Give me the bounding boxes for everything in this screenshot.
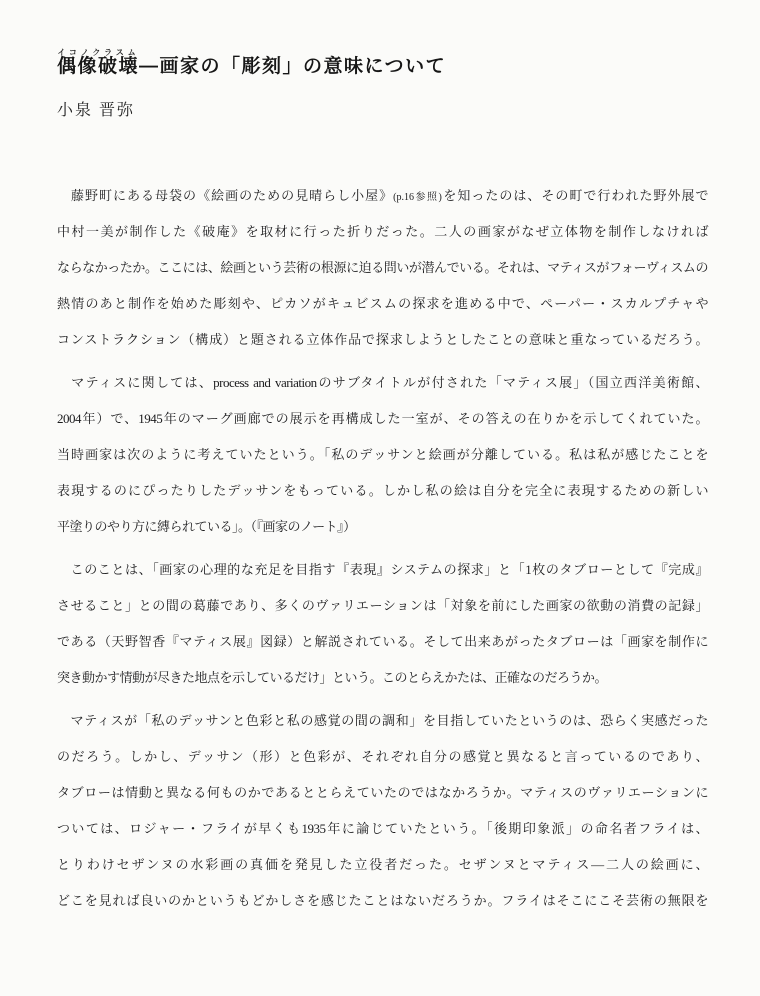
text-segment: のだろう。しかし、デッサン（形）と色彩が、それぞれ自分の感覚と異なると言っている… <box>57 749 708 764</box>
text-line: 表現するのにぴったりしたデッサンをもっている。しかし私の絵は自分を完全に表現する… <box>57 473 708 509</box>
text-line: どこを見れば良いのかというもどかしさを感じたことはないだろうか。フライはそこにこ… <box>57 883 708 919</box>
article-body: 藤野町にある母袋の《絵画のための見晴らし小屋》(p.16参照)を知ったのは、その… <box>57 178 708 919</box>
text-line: させること」との間の葛藤であり、多くのヴァリエーションは「対象を前にした画家の欲… <box>57 588 708 624</box>
text-segment: マティスに関しては、process and variationのサブタイトルが付… <box>57 375 708 390</box>
paragraph: マティスに関しては、process and variationのサブタイトルが付… <box>57 365 708 545</box>
text-line: 平塗りのやり方に縛られている」。（『画家のノート』） <box>57 509 708 545</box>
text-line: とりわけセザンヌの水彩画の真価を発見した立役者だった。セザンヌとマティス―二人の… <box>57 847 708 883</box>
text-line: マティスに関しては、process and variationのサブタイトルが付… <box>57 365 708 401</box>
text-line: 2004年）で、1945年のマーグ画廊での展示を再構成した一室が、その答えの在り… <box>57 401 708 437</box>
text-segment: 表現するのにぴったりしたデッサンをもっている。しかし私の絵は自分を完全に表現する… <box>57 483 708 498</box>
paragraph: 藤野町にある母袋の《絵画のための見晴らし小屋》(p.16参照)を知ったのは、その… <box>57 178 708 358</box>
text-line: 藤野町にある母袋の《絵画のための見晴らし小屋》(p.16参照)を知ったのは、その… <box>57 178 708 214</box>
title-ruby: 偶像破壊イコノクラスム <box>57 56 139 77</box>
text-segment: ついては、ロジャー・フライが早くも1935年に論じていたという。「後期印象派」の… <box>57 821 708 836</box>
text-segment: コンストラクション（構成）と題される立体作品で探求しようとしたことの意味と重なっ… <box>57 332 708 347</box>
text-line: 当時画家は次のように考えていたという。「私のデッサンと絵画が分離している。私は私… <box>57 437 708 473</box>
text-line: 熱情のあと制作を始めた彫刻や、ピカソがキュビスムの探求を進める中で、ペーパー・ス… <box>57 286 708 322</box>
text-segment: である（天野智香『マティス展』図録）と解説されている。そして出来あがったタブロー… <box>57 634 708 649</box>
text-line: コンストラクション（構成）と題される立体作品で探求しようとしたことの意味と重なっ… <box>57 322 708 358</box>
text-line: 突き動かす情動が尽きた地点を示しているだけ」という。このとらえかたは、正確なのだ… <box>57 660 708 696</box>
text-line: このことは、「画家の心理的な充足を目指す『表現』システムの探求」と「1枚のタブロ… <box>57 552 708 588</box>
title-ruby-base: 偶像破壊 <box>57 56 139 77</box>
text-line: である（天野智香『マティス展』図録）と解説されている。そして出来あがったタブロー… <box>57 624 708 660</box>
text-line: ならなかったか。ここには、絵画という芸術の根源に迫る問いが潜んでいる。それは、マ… <box>57 250 708 286</box>
text-segment: このことは、「画家の心理的な充足を目指す『表現』システムの探求」と「1枚のタブロ… <box>57 562 708 577</box>
text-line: マティスが「私のデッサンと色彩と私の感覚の間の調和」を目指していたというのは、恐… <box>57 703 708 739</box>
text-segment: 当時画家は次のように考えていたという。「私のデッサンと絵画が分離している。私は私… <box>57 447 708 462</box>
text-segment: とりわけセザンヌの水彩画の真価を発見した立役者だった。セザンヌとマティス―二人の… <box>57 857 708 872</box>
text-segment: 藤野町にある母袋の《絵画のための見晴らし小屋》 <box>57 188 393 203</box>
page-reference-note: (p.16参照) <box>393 192 442 203</box>
text-segment: を知ったのは、その町で行われた野外展で <box>442 188 708 203</box>
title-rest: ―画家の「彫刻」の意味について <box>139 56 446 77</box>
text-segment: タブローは情動と異なる何ものかであるととらえていたのではなかろうか。マティスのヴ… <box>57 785 708 800</box>
text-segment: させること」との間の葛藤であり、多くのヴァリエーションは「対象を前にした画家の欲… <box>57 598 708 613</box>
text-segment: どこを見れば良いのかというもどかしさを感じたことはないだろうか。フライはそこにこ… <box>57 893 708 908</box>
text-line: 中村一美が制作した《破庵》を取材に行った折りだった。二人の画家がなぜ立体物を制作… <box>57 214 708 250</box>
text-segment: 2004年）で、1945年のマーグ画廊での展示を再構成した一室が、その答えの在り… <box>57 411 708 426</box>
text-segment: ならなかったか。ここには、絵画という芸術の根源に迫る問いが潜んでいる。それは、マ… <box>57 260 708 275</box>
paragraph: マティスが「私のデッサンと色彩と私の感覚の間の調和」を目指していたというのは、恐… <box>57 703 708 919</box>
text-line: のだろう。しかし、デッサン（形）と色彩が、それぞれ自分の感覚と異なると言っている… <box>57 739 708 775</box>
author-name: 小泉 晋弥 <box>57 97 708 120</box>
text-line: ついては、ロジャー・フライが早くも1935年に論じていたという。「後期印象派」の… <box>57 811 708 847</box>
text-segment: マティスが「私のデッサンと色彩と私の感覚の間の調和」を目指していたというのは、恐… <box>57 713 708 728</box>
text-line: タブローは情動と異なる何ものかであるととらえていたのではなかろうか。マティスのヴ… <box>57 775 708 811</box>
document-page: 偶像破壊イコノクラスム―画家の「彫刻」の意味について 小泉 晋弥 藤野町にある母… <box>0 0 760 996</box>
text-segment: 中村一美が制作した《破庵》を取材に行った折りだった。二人の画家がなぜ立体物を制作… <box>57 224 708 239</box>
article-title: 偶像破壊イコノクラスム―画家の「彫刻」の意味について <box>57 48 708 79</box>
paragraph: このことは、「画家の心理的な充足を目指す『表現』システムの探求」と「1枚のタブロ… <box>57 552 708 696</box>
text-segment: 熱情のあと制作を始めた彫刻や、ピカソがキュビスムの探求を進める中で、ペーパー・ス… <box>57 296 708 311</box>
text-segment: 平塗りのやり方に縛られている」。（『画家のノート』） <box>57 519 356 534</box>
furigana: イコノクラスム <box>57 48 139 57</box>
text-segment: 突き動かす情動が尽きた地点を示しているだけ」という。このとらえかたは、正確なのだ… <box>57 670 607 685</box>
